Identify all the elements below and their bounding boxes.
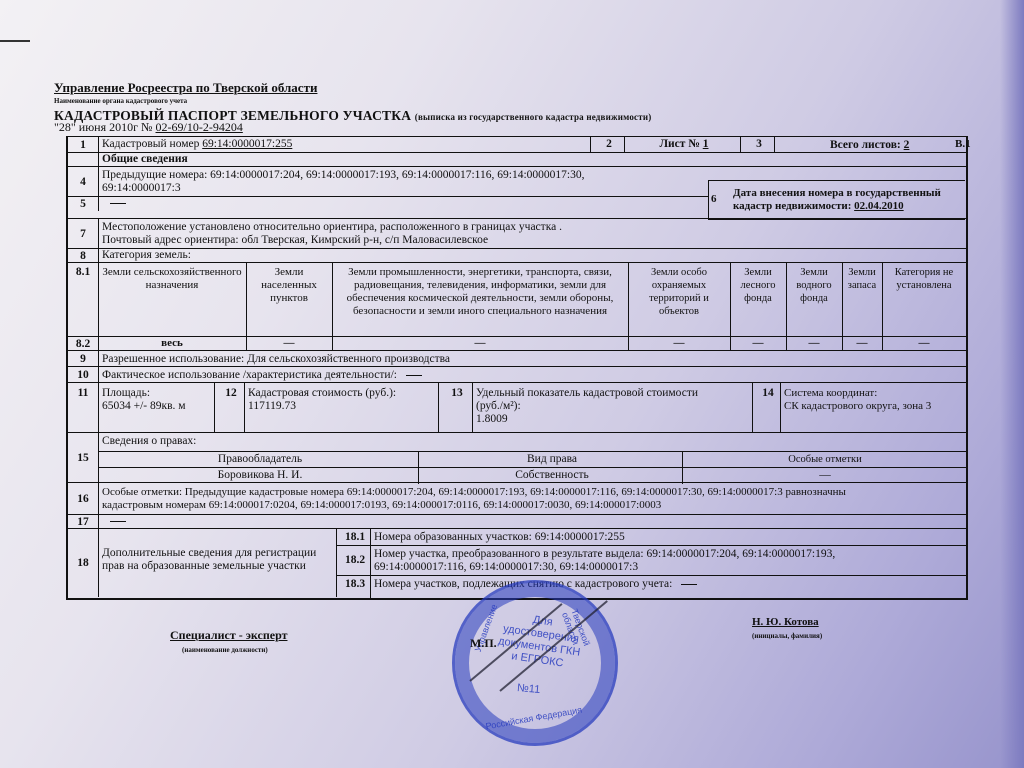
sheet-number: Лист № 1 [624,138,742,151]
row-15: 15 Сведения о правах: Правообладатель Ви… [68,432,966,483]
divider [370,546,371,576]
category-header: Земли запаса [842,266,882,292]
row-8: 8 Категория земель: [68,248,966,263]
background-edge [1000,0,1024,768]
category-header: Земли лесного фонда [730,266,786,305]
previous-numbers: Предыдущие номера: 69:14:0000017:204, 69… [100,169,702,195]
row-18-1: 18.1 Номера образованных участков: 69:14… [336,529,966,545]
row-number: 8.1 [68,263,99,337]
label: Удельный показатель кадастровой стоимост… [476,387,698,399]
row-number: 14 [752,387,782,400]
label: Система координат: [784,387,877,399]
row-6: 6 Дата внесения номера в государственный… [708,180,965,220]
row-number: 4 [68,167,99,197]
row-number: 2 [590,138,626,151]
category-value: — [842,337,882,350]
row-16: 16 Особые отметки: Предыдущие кадастровы… [68,482,966,515]
date-prefix: "28" июня 2010г № [54,120,153,134]
category-header: Земли водного фонда [786,266,842,305]
row-number: 9 [68,351,99,367]
value: 69:14:0000017:204, 69:14:0000017:193, 69… [210,169,584,181]
specific-cadastral-value: Удельный показатель кадастровой стоимост… [474,387,698,426]
cadastral-number: Кадастровый номер 69:14:0000017:255 [100,138,292,151]
value-continued: 69:14:0000017:3 [102,182,181,194]
divider [246,337,247,351]
label: Кадастровая стоимость (руб.): [248,387,396,399]
official-stamp: Для удостоверения документов ГКН и ЕГРОК… [452,580,618,746]
unit: (руб./м²): [476,400,521,412]
category-value: — [882,337,966,350]
land-category-label: Категория земель: [100,249,191,262]
transformed-parcel: Номер участка, преобразованного в резуль… [372,548,835,574]
text-continued: 69:14:0000017:116, 69:14:0000017:30, 69:… [374,561,638,573]
label: Фактическое использование /характеристик… [102,369,397,381]
document-date-number: "28" июня 2010г № 02-69/10-2-94204 [54,120,243,135]
coordinate-system: Система координат: СК кадастрового округ… [782,387,931,413]
stamp-place-label: М.П. [470,636,497,651]
row-number: 10 [68,367,99,383]
label: Всего листов: [830,139,901,151]
value: 02.04.2010 [854,200,904,212]
row-18-2: 18.2 Номер участка, преобразованного в р… [336,545,966,576]
permitted-use: Разрешенное использование: Для сельскохо… [100,353,450,366]
divider [842,337,843,351]
col-right-type: Вид права [418,453,684,466]
row-number: 8 [68,249,99,263]
row-5-value [108,197,126,210]
general-info-heading: Общие сведения [100,153,188,166]
row-number: 13 [438,387,474,400]
divider [786,263,787,337]
empty-dash [110,521,126,522]
value: 117119.73 [248,400,296,412]
row-number: 18.1 [336,531,372,544]
row-number: 7 [68,219,99,249]
signer-position-caption: (наименование должности) [182,646,268,654]
divider [882,337,883,351]
row-number: 5 [68,197,99,211]
row-number: 6 [709,193,717,206]
divider [730,263,731,337]
cadastral-value: Кадастровая стоимость (руб.): 117119.73 [246,387,396,413]
row-number: 15 [68,433,99,483]
divider [628,263,629,337]
divider [246,263,247,337]
cadastral-table: 1 Кадастровый номер 69:14:0000017:255 2 … [66,136,968,600]
row-8-2: 8.2 весь——————— [68,336,966,351]
label-continued: кадастр недвижимости: [733,200,851,212]
row-number: 18.2 [336,554,372,567]
right-notes: — [682,469,966,482]
category-value: — [730,337,786,350]
value: 1.8009 [476,413,508,425]
row-number: 8.2 [68,337,99,351]
notes-line: кадастровым номерам 69:14:000017:0204, 6… [102,499,661,511]
empty-dash [681,584,697,585]
formed-parcels: Номера образованных участков: 69:14:0000… [372,531,625,544]
additional-info-label: Дополнительные сведения для регистрации … [100,547,322,573]
rights-label: Сведения о правах: [100,435,196,448]
right-holder: Боровикова Н. И. [98,469,420,482]
empty-dash [110,203,126,204]
row-7: 7 Местоположение установлено относительн… [68,218,966,249]
stamp-number: №11 [517,682,541,696]
divider [730,337,731,351]
category-value: — [246,337,332,350]
value: 2 [904,139,910,151]
category-value: — [332,337,628,350]
row-number-empty [68,153,99,167]
row-number: 16 [68,483,99,515]
total-sheets: Всего листов: 2 [828,139,909,152]
category-header: Категория не установлена [882,266,966,292]
row-number: 11 [68,383,99,433]
category-value: — [786,337,842,350]
margin-line [0,40,30,42]
value: 1 [703,138,709,150]
location: Местоположение установлено относительно … [100,221,562,247]
col-right-holder: Правообладатель [98,453,420,466]
label: Кадастровый номер [102,138,199,150]
label: Предыдущие номера: [102,169,207,181]
category-header: Земли населенных пунктов [246,266,332,305]
location-line: Местоположение установлено относительно … [102,221,562,233]
number-entry-date: Дата внесения номера в государственный к… [731,187,941,213]
signer-position: Специалист - эксперт [170,628,287,643]
general-info-row: Общие сведения [68,152,966,167]
notes-line: Особые отметки: Предыдущие кадастровые н… [102,486,846,498]
category-header: Земли сельскохозяйственного назначения [98,266,246,292]
empty-dash [406,375,422,376]
divider [628,337,629,351]
divider [244,383,245,433]
organization-caption: Наименование органа кадастрового учета [54,97,187,105]
row-number: 18 [68,529,99,597]
value: СК кадастрового округа, зона 3 [784,400,931,412]
row-18-3: 18.3 Номера участков, подлежащих снятию … [336,575,966,598]
actual-use: Фактическое использование /характеристик… [100,369,422,382]
row-10: 10 Фактическое использование /характерис… [68,366,966,383]
divider [842,263,843,337]
row-number: 18.3 [336,578,372,591]
row-1: 1 Кадастровый номер 69:14:0000017:255 2 … [68,136,966,153]
row-number: 12 [214,387,246,400]
special-notes: Особые отметки: Предыдущие кадастровые н… [100,486,846,512]
text: Номер участка, преобразованного в резуль… [374,548,835,560]
row-17-value [108,515,126,528]
label: Площадь: [102,387,150,399]
divider [774,137,775,153]
row-number: 17 [68,515,99,529]
divider [332,263,333,337]
row-8-1: 8.1 Земли сельскохозяйственного назначен… [68,262,966,337]
rights-header-row: Правообладатель Вид права Особые отметки [98,451,966,468]
divider [780,383,781,433]
right-type: Собственность [418,469,684,482]
col-special-notes: Особые отметки [682,453,966,466]
category-header: Земли промышленности, энергетики, трансп… [332,266,628,318]
row-17: 17 [68,514,966,529]
organization-name: Управление Росреестра по Тверской област… [54,80,317,96]
divider [370,576,371,598]
value: 69:14:0000017:255 [202,138,292,150]
divider [472,383,473,433]
document-number: 02-69/10-2-94204 [156,120,243,134]
label: Дата внесения номера в государственный [733,187,941,199]
divider [332,337,333,351]
row-11-14: 11 Площадь: 65034 +/- 89кв. м 12 Кадастр… [68,382,966,433]
divider [882,263,883,337]
signer-name-caption: (инициалы, фамилия) [752,632,822,640]
category-header: Земли особо охраняемых территорий и объе… [628,266,730,318]
row-number: 1 [68,137,99,153]
category-value: весь [98,337,246,350]
category-value: — [628,337,730,350]
divider [370,529,371,545]
title-note: (выписка из государственного кадастра не… [415,112,652,122]
row-5: 5 [68,196,708,211]
stamp-ring-bottom: Российская Федерация [485,705,583,732]
postal-address: Почтовый адрес ориентира: обл Тверская, … [102,234,488,246]
row-number: 3 [740,138,776,151]
divider [786,337,787,351]
label: Лист № [659,138,699,150]
row-9: 9 Разрешенное использование: Для сельско… [68,350,966,367]
value: 65034 +/- 89кв. м [102,400,186,412]
area: Площадь: 65034 +/- 89кв. м [100,387,186,413]
signer-name: Н. Ю. Котова [752,616,819,628]
